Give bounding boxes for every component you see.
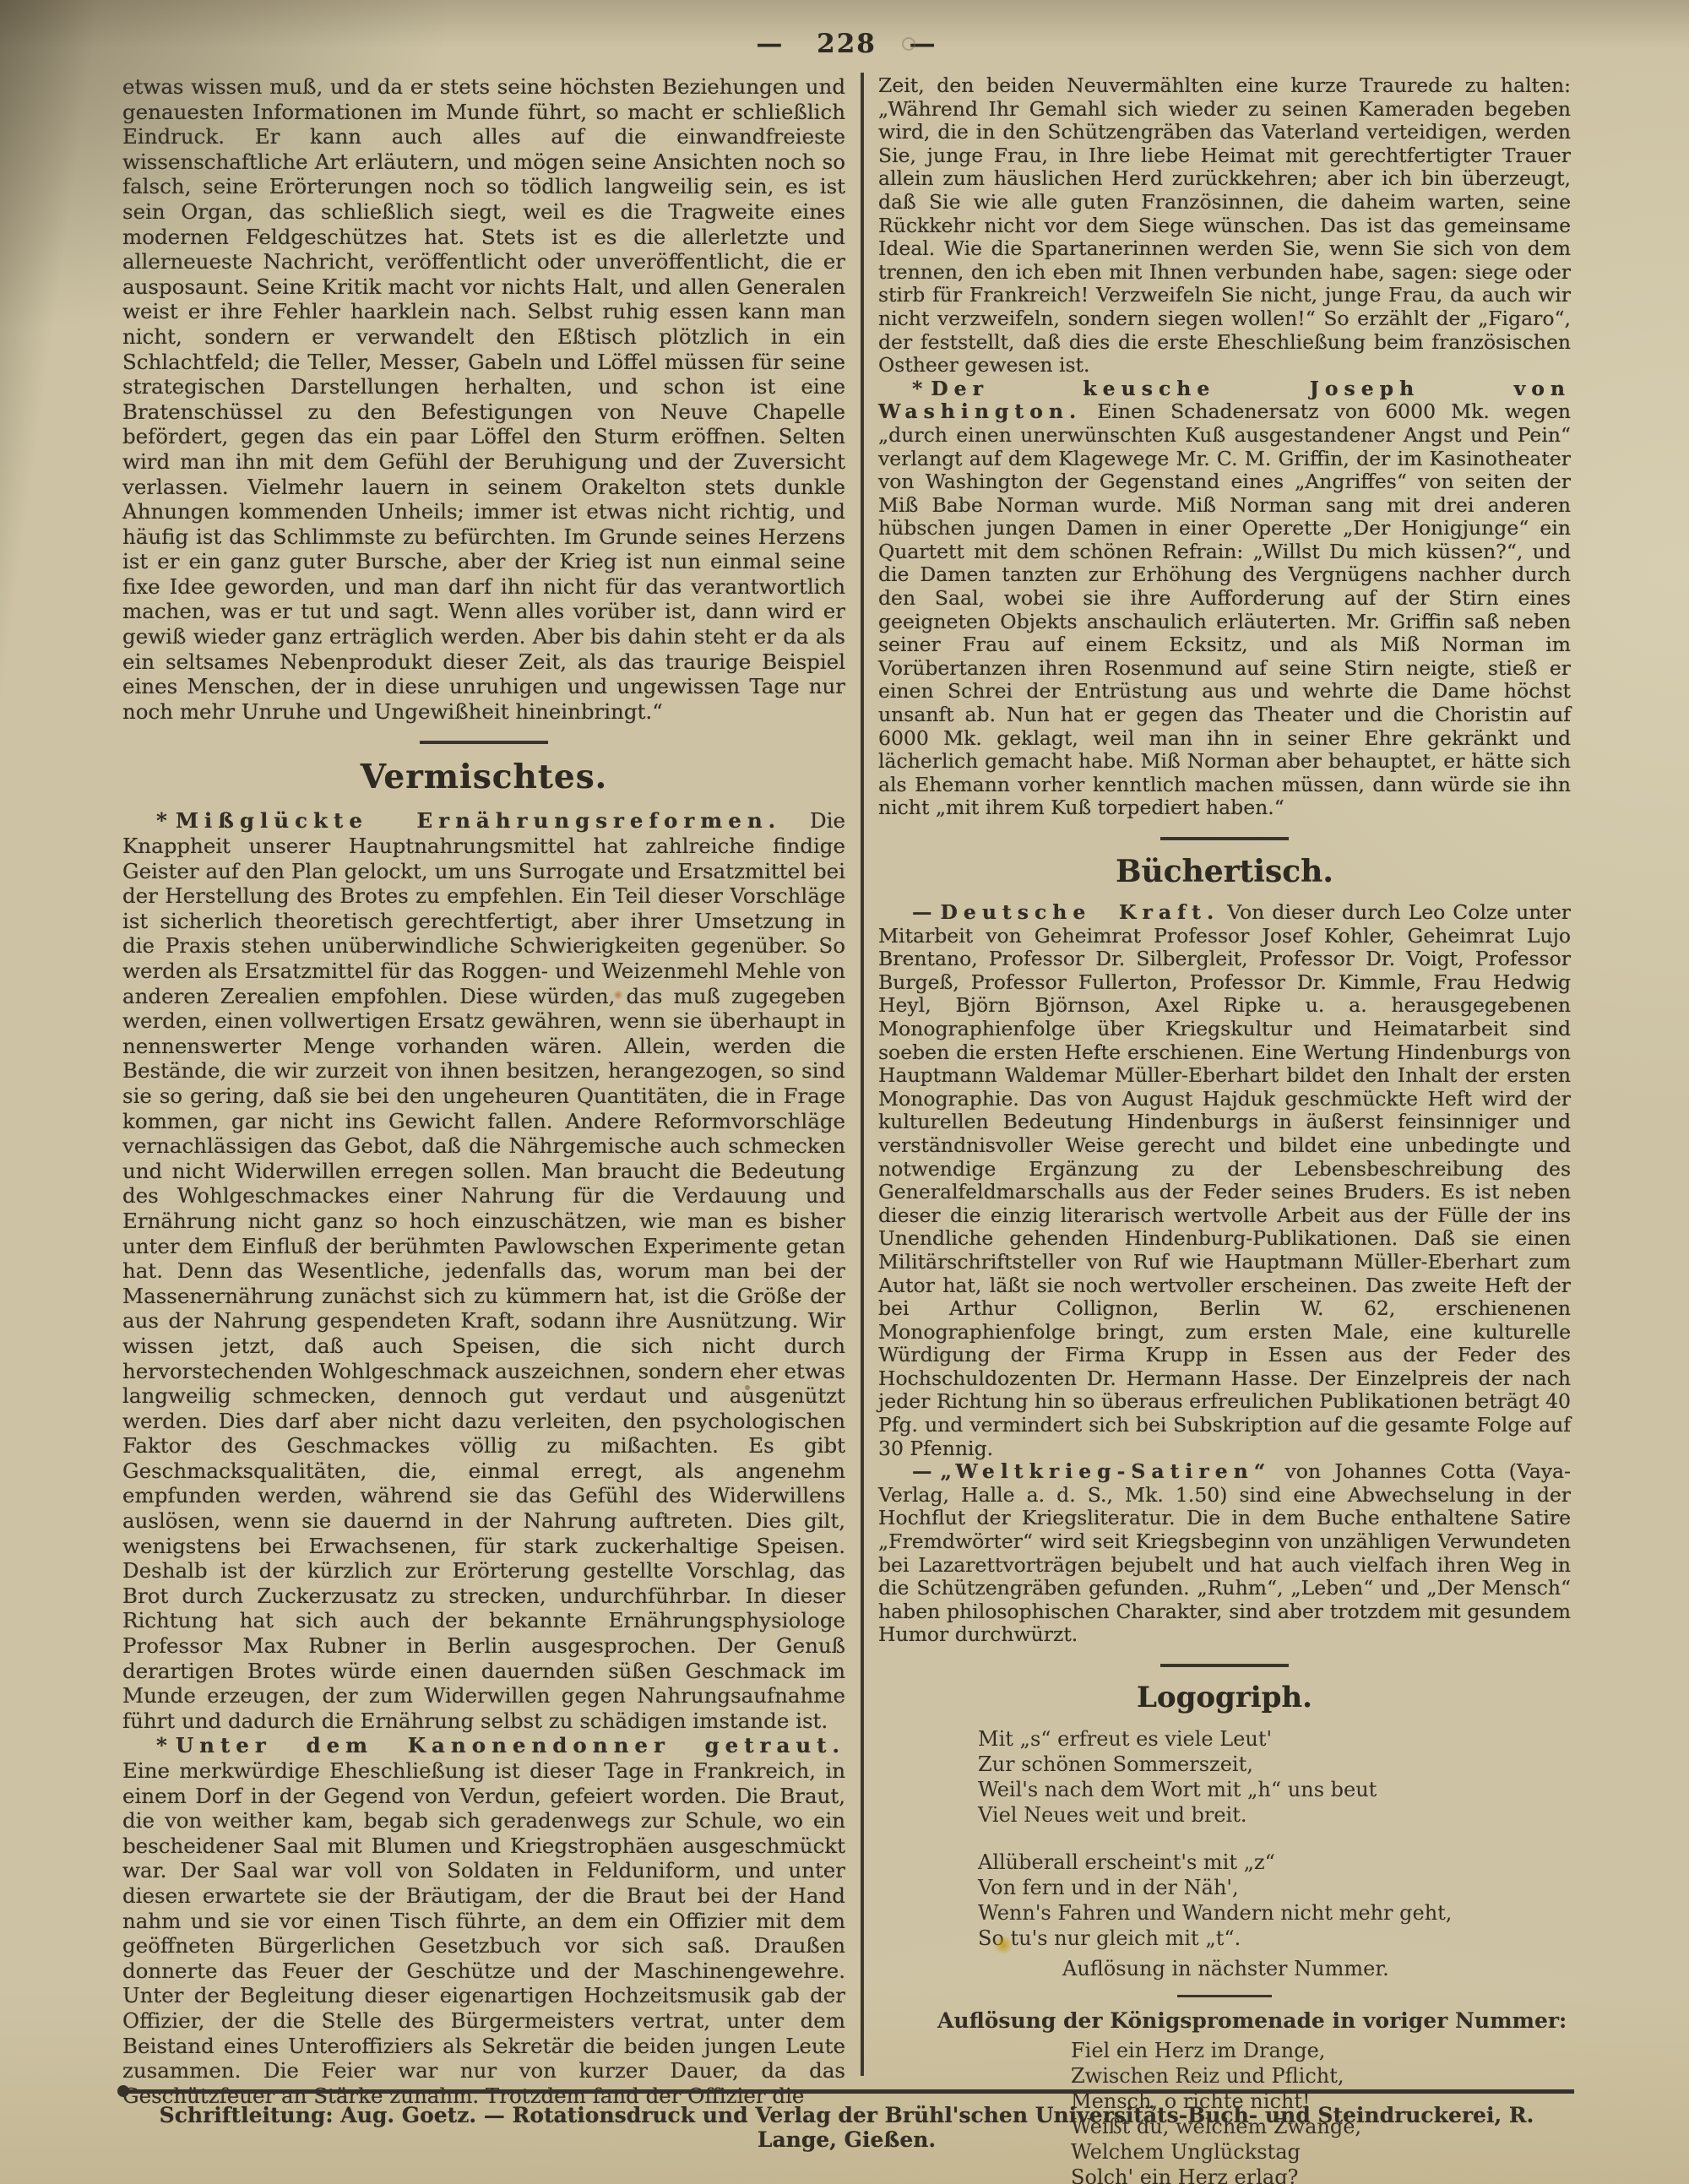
page-number: — 228 — xyxy=(122,29,1571,59)
book-title: „Weltkrieg-Satiren“ xyxy=(941,1459,1272,1483)
article-text: Die Knappheit unserer Hauptnahrungsmitte… xyxy=(122,808,845,1732)
section-divider-rule xyxy=(1160,837,1289,840)
puzzle-divider-rule xyxy=(1177,1995,1272,1997)
paper-stain xyxy=(613,990,623,1000)
vermischtes-heading: Vermischtes. xyxy=(122,758,845,796)
logogriph-heading: Logogriph. xyxy=(878,1681,1571,1714)
section-divider-rule xyxy=(420,741,548,744)
buechertisch-heading: Büchertisch. xyxy=(878,854,1571,889)
article-lead-star: * xyxy=(912,377,931,400)
footer-rule-dot xyxy=(117,2085,129,2097)
logogriph-stanza-2: Allüberall erscheint's mit „z“ Von fern … xyxy=(978,1850,1571,1951)
article-cannon-wedding: *Unter dem Kanonendonner getraut. Eine m… xyxy=(122,1733,845,2108)
lead-article-continuation: etwas wissen muß, und da er stets seine … xyxy=(122,74,845,724)
left-column: etwas wissen muß, und da er stets seine … xyxy=(122,74,845,2108)
paper-speck xyxy=(902,37,915,51)
paper-speck xyxy=(745,1385,750,1390)
solution-note: Auflösung in nächster Nummer. xyxy=(1062,1954,1571,1983)
newspaper-page: — 228 — etwas wissen muß, und da er stet… xyxy=(0,0,1689,2184)
article-title: Mißglückte Ernährungsreformen. xyxy=(176,808,781,833)
right-column: Zeit, den beiden Neuvermählten eine kurz… xyxy=(878,74,1571,2184)
article-nutrition-reforms: *Mißglückte Ernährungsreformen. Die Knap… xyxy=(122,808,845,1733)
article-text: Eine merkwürdige Eheschließung ist diese… xyxy=(122,1758,845,2108)
article-chaste-joseph: *Der keusche Joseph von Washington. Eine… xyxy=(878,378,1571,820)
paper-stain xyxy=(993,1936,1013,1954)
article-text: Einen Schadenersatz von 6000 Mk. wegen „… xyxy=(878,399,1571,819)
imprint-line: Schriftleitung: Aug. Goetz. — Rotationsd… xyxy=(122,2103,1571,2152)
item-lead-dash: — xyxy=(912,1459,941,1483)
book-review-weltkrieg-satiren: —„Weltkrieg-Satiren“ von Johannes Cotta … xyxy=(878,1460,1571,1647)
logogriph-stanza-1: Mit „s“ erfreut es viele Leut' Zur schön… xyxy=(978,1726,1571,1828)
book-title: Deutsche Kraft. xyxy=(941,900,1220,924)
book-text: von Johannes Cotta (Vaya-Verlag, Halle a… xyxy=(878,1459,1571,1646)
article-title: Unter dem Kanonendonner getraut. xyxy=(176,1733,845,1758)
previous-solution-title: Auflösung der Königspromenade in voriger… xyxy=(937,2007,1571,2035)
footer-rule xyxy=(120,2089,1574,2094)
section-divider-rule xyxy=(1160,1664,1289,1667)
article-lead-star: * xyxy=(156,808,176,833)
book-text: Von dieser durch Leo Colze unter Mitarbe… xyxy=(878,900,1571,1460)
cannon-wedding-continuation: Zeit, den beiden Neuvermählten eine kurz… xyxy=(878,74,1571,378)
article-lead-star: * xyxy=(156,1733,176,1758)
item-lead-dash: — xyxy=(912,900,941,924)
book-review-deutsche-kraft: —Deutsche Kraft. Von dieser durch Leo Co… xyxy=(878,901,1571,1460)
column-divider-rule xyxy=(861,73,864,2076)
